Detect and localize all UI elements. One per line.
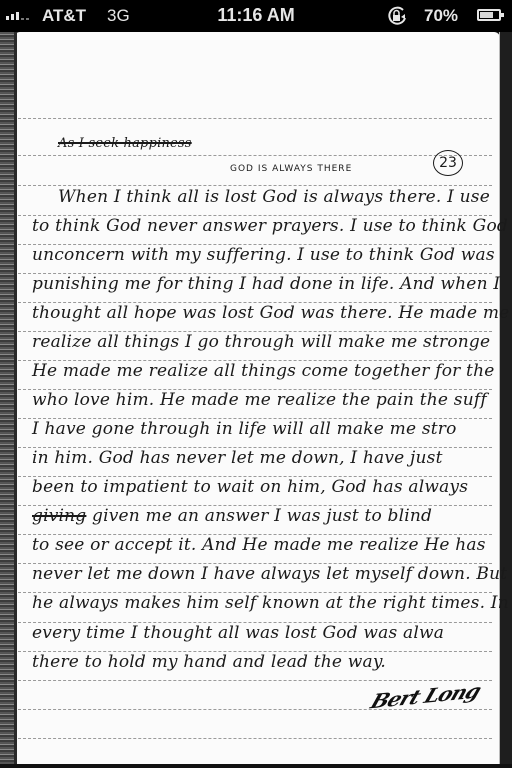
- ruled-line: [18, 185, 492, 186]
- handwritten-line: been to impatient to wait on him, God ha…: [32, 477, 468, 497]
- rotation-lock-icon: [386, 6, 408, 26]
- page-number-circle: 23: [433, 150, 463, 176]
- handwritten-line: realize all things I go through will mak…: [32, 332, 490, 352]
- ruled-line: [18, 738, 492, 739]
- handwritten-line: punishing me for thing I had done in lif…: [32, 274, 500, 294]
- handwritten-line: unconcern with my suffering. I use to th…: [32, 245, 495, 265]
- photo-bottom-edge: [0, 764, 512, 768]
- ruled-line: [18, 118, 492, 119]
- handwritten-line: He made me realize all things come toget…: [32, 361, 495, 381]
- crossed-out-word: giving: [32, 506, 86, 526]
- page-margin-edge: [14, 32, 17, 768]
- status-bar: AT&T 3G 11:16 AM 70%: [0, 0, 512, 32]
- battery-percent: 70%: [424, 6, 458, 26]
- ruled-line: [18, 680, 492, 681]
- battery-icon: [477, 9, 501, 21]
- handwritten-line: he always makes him self known at the ri…: [32, 593, 509, 613]
- notebook-photo[interactable]: As I seek happiness GOD IS ALWAYS THERE …: [0, 32, 512, 768]
- page-right-edge: [499, 32, 500, 768]
- notebook-page: As I seek happiness GOD IS ALWAYS THERE …: [14, 32, 500, 768]
- ruled-line: [18, 709, 492, 710]
- crossed-out-heading: As I seek happiness: [58, 136, 192, 151]
- handwritten-line: to think God never answer prayers. I use…: [32, 216, 512, 236]
- handwritten-line: there to hold my hand and lead the way.: [32, 652, 386, 672]
- ruled-line: [18, 155, 492, 156]
- handwritten-line: who love him. He made me realize the pai…: [32, 390, 487, 410]
- handwritten-line: given me an answer I was just to blind: [92, 506, 432, 526]
- essay-title: GOD IS ALWAYS THERE: [230, 164, 352, 174]
- handwritten-line: in him. God has never let me down, I hav…: [32, 448, 443, 468]
- handwritten-line: When I think all is lost God is always t…: [58, 187, 490, 207]
- handwritten-line: never let me down I have always let myse…: [32, 564, 507, 584]
- handwritten-line: thought all hope was lost God was there.…: [32, 303, 509, 323]
- handwritten-line: to see or accept it. And He made me real…: [32, 535, 486, 555]
- handwritten-line: every time I thought all was lost God wa…: [32, 623, 444, 643]
- handwritten-line: I have gone through in life will all mak…: [32, 419, 457, 439]
